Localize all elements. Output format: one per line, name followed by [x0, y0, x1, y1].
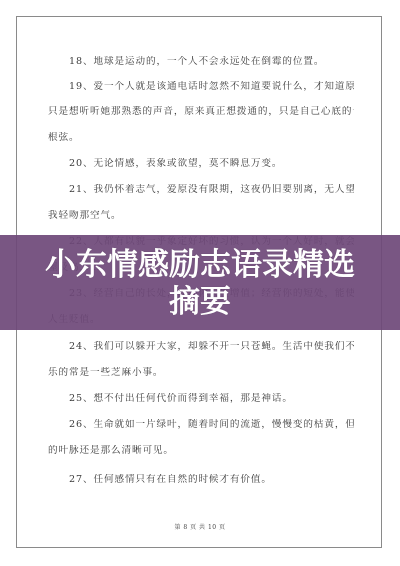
quote-line-20: 20、无论情感，表象或欲望，莫不瞬息万变。 — [69, 158, 354, 170]
quote-line-27: 27、任何感情只有在自然的时候才有价值。 — [69, 474, 354, 486]
quote-line-18: 18、地球是运动的，一个人不会永远处在倒霉的位置。 — [69, 56, 354, 68]
quote-line-19-cont: 只是想听听她那熟悉的声音，原来真正想拨通的，只是自己心底的一 — [48, 106, 354, 118]
quote-line-19-end: 根弦。 — [48, 132, 354, 144]
banner-title-line-2: 摘要 — [0, 284, 400, 321]
quote-line-24-cont: 乐的常是一些芝麻小事。 — [48, 367, 354, 379]
quote-line-21-cont: 我轻吻那空气。 — [48, 210, 354, 222]
quote-line-26: 26、生命就如一片绿叶，随着时间的流逝，慢慢变的枯黄，但他 — [69, 419, 354, 431]
quote-line-25: 25、想不付出任何代价而得到幸福，那是神话。 — [69, 393, 354, 405]
page-number-footer: 第 8 页 共 10 页 — [0, 522, 400, 531]
quote-line-24: 24、我们可以躲开大家，却躲不开一只苍蝇。生活中使我们不快 — [69, 341, 354, 353]
quote-line-26-cont: 的叶脉还是那么清晰可见。 — [48, 445, 354, 457]
quote-line-19: 19、爱一个人就是该通电话时忽然不知道要说什么，才知道原来 — [69, 81, 354, 93]
quote-line-21: 21、我仍怀着志气，爱原没有限期，这夜仍旧要别离，无人望见， — [69, 184, 354, 196]
banner-title: 小东情感励志语录精选 摘要 — [0, 247, 400, 321]
banner-title-line-1: 小东情感励志语录精选 — [0, 247, 400, 284]
